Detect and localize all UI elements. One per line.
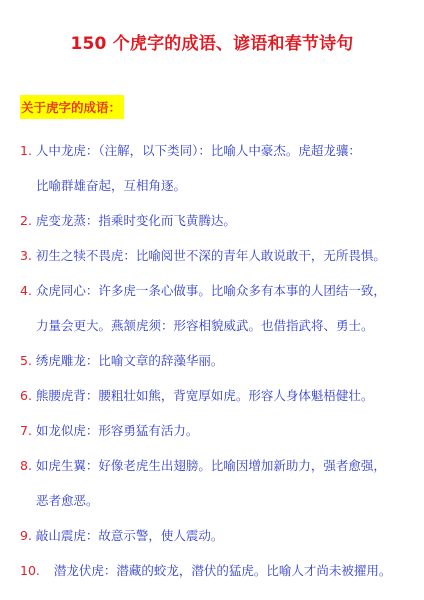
item-number: 2. [20, 203, 32, 238]
list-item: 3. 初生之犊不畏虎：比喻阅世不深的青年人敢说敢干，无所畏惧。 [20, 238, 420, 273]
list-item: 5. 绣虎雕龙：比喻文章的辞藻华丽。 [20, 343, 420, 378]
item-number: 4. [20, 273, 32, 308]
item-text: 绣虎雕龙：比喻文章的辞藻华丽。 [36, 353, 224, 368]
item-text: 初生之犊不畏虎：比喻阅世不深的青年人敢说敢干，无所畏惧。 [36, 248, 386, 263]
item-number: 3. [20, 238, 32, 273]
item-text: 潜龙伏虎：潜藏的蛟龙，潜伏的猛虎。比喻人才尚未被擢用。 [54, 563, 392, 578]
item-text: 人中龙虎：（注解，以下类同）：比喻人中豪杰。虎超龙骧： [36, 143, 361, 158]
item-number: 7. [20, 413, 32, 448]
item-text: 熊腰虎背：腰粗壮如熊，背宽厚如虎。形容人身体魁梧健壮。 [36, 388, 374, 403]
item-number: 9. [20, 518, 32, 553]
section-heading: 关于虎字的成语： [20, 95, 124, 119]
item-number: 10. [20, 553, 40, 588]
item-text-continued: 恶者愈恶。 [20, 483, 420, 518]
list-item: 2. 虎变龙蒸：指乘时变化而飞黄腾达。 [20, 203, 420, 238]
item-number: 1. [20, 133, 32, 168]
item-number: 6. [20, 378, 32, 413]
item-text-continued: 力量会更大。燕颔虎须：形容相貌威武。也借指武将、勇士。 [20, 308, 420, 343]
list-item: 1. 人中龙虎：（注解，以下类同）：比喻人中豪杰。虎超龙骧： 比喻群雄奋起，互相… [20, 133, 420, 203]
item-text: 如虎生翼：好像老虎生出翅膀。比喻因增加新助力，强者愈强， [36, 458, 386, 473]
list-item: 8. 如虎生翼：好像老虎生出翅膀。比喻因增加新助力，强者愈强， 恶者愈恶。 [20, 448, 420, 518]
item-number: 8. [20, 448, 32, 483]
item-text: 如龙似虎：形容勇猛有活力。 [36, 423, 199, 438]
item-text: 众虎同心：许多虎一条心做事。比喻众多有本事的人团结一致， [36, 283, 386, 298]
item-text: 敲山震虎：故意示警，使人震动。 [36, 528, 224, 543]
idiom-list: 1. 人中龙虎：（注解，以下类同）：比喻人中豪杰。虎超龙骧： 比喻群雄奋起，互相… [20, 133, 420, 588]
list-item: 10.潜龙伏虎：潜藏的蛟龙，潜伏的猛虎。比喻人才尚未被擢用。 [20, 553, 420, 588]
list-item: 6. 熊腰虎背：腰粗壮如熊，背宽厚如虎。形容人身体魁梧健壮。 [20, 378, 420, 413]
document-title: 150 个虎字的成语、谚语和春节诗句 [0, 29, 424, 54]
item-number: 5. [20, 343, 32, 378]
list-item: 4. 众虎同心：许多虎一条心做事。比喻众多有本事的人团结一致， 力量会更大。燕颔… [20, 273, 420, 343]
list-item: 7. 如龙似虎：形容勇猛有活力。 [20, 413, 420, 448]
item-text-continued: 比喻群雄奋起，互相角逐。 [20, 168, 420, 203]
item-text: 虎变龙蒸：指乘时变化而飞黄腾达。 [36, 213, 236, 228]
list-item: 9. 敲山震虎：故意示警，使人震动。 [20, 518, 420, 553]
